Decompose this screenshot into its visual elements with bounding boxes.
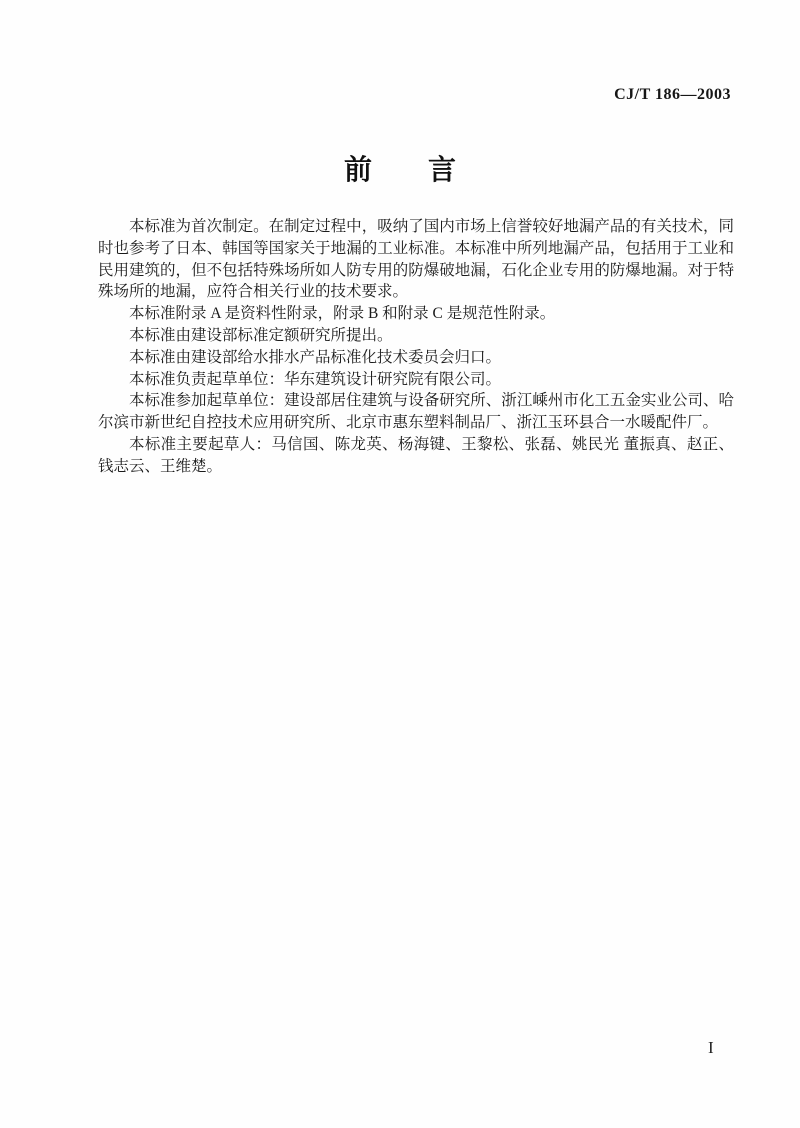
paragraph-proposed-by: 本标准由建设部标准定额研究所提出。 [98, 325, 734, 347]
paragraph-annexes: 本标准附录 A 是资料性附录，附录 B 和附录 C 是规范性附录。 [98, 303, 734, 325]
foreword-body: 本标准为首次制定。在制定过程中，吸纳了国内市场上信誉较好地漏产品的有关技术，同时… [98, 216, 734, 478]
paragraph-chief-drafters: 本标准主要起草人：马信国、陈龙英、杨海键、王黎松、张磊、姚民光 董振真、赵正、钱… [98, 434, 734, 478]
standard-number: CJ/T 186—2003 [614, 86, 731, 104]
document-page: CJ/T 186—2003 前 言 本标准为首次制定。在制定过程中，吸纳了国内市… [0, 0, 800, 1128]
paragraph-centralized-by: 本标准由建设部给水排水产品标准化技术委员会归口。 [98, 347, 734, 369]
page-title: 前 言 [0, 148, 800, 188]
paragraph-chief-drafting-unit: 本标准负责起草单位：华东建筑设计研究院有限公司。 [98, 369, 734, 391]
paragraph-introduction: 本标准为首次制定。在制定过程中，吸纳了国内市场上信誉较好地漏产品的有关技术，同时… [98, 216, 734, 303]
paragraph-participating-units: 本标准参加起草单位：建设部居住建筑与设备研究所、浙江嵊州市化工五金实业公司、哈尔… [98, 390, 734, 434]
page-number: I [708, 1038, 714, 1058]
